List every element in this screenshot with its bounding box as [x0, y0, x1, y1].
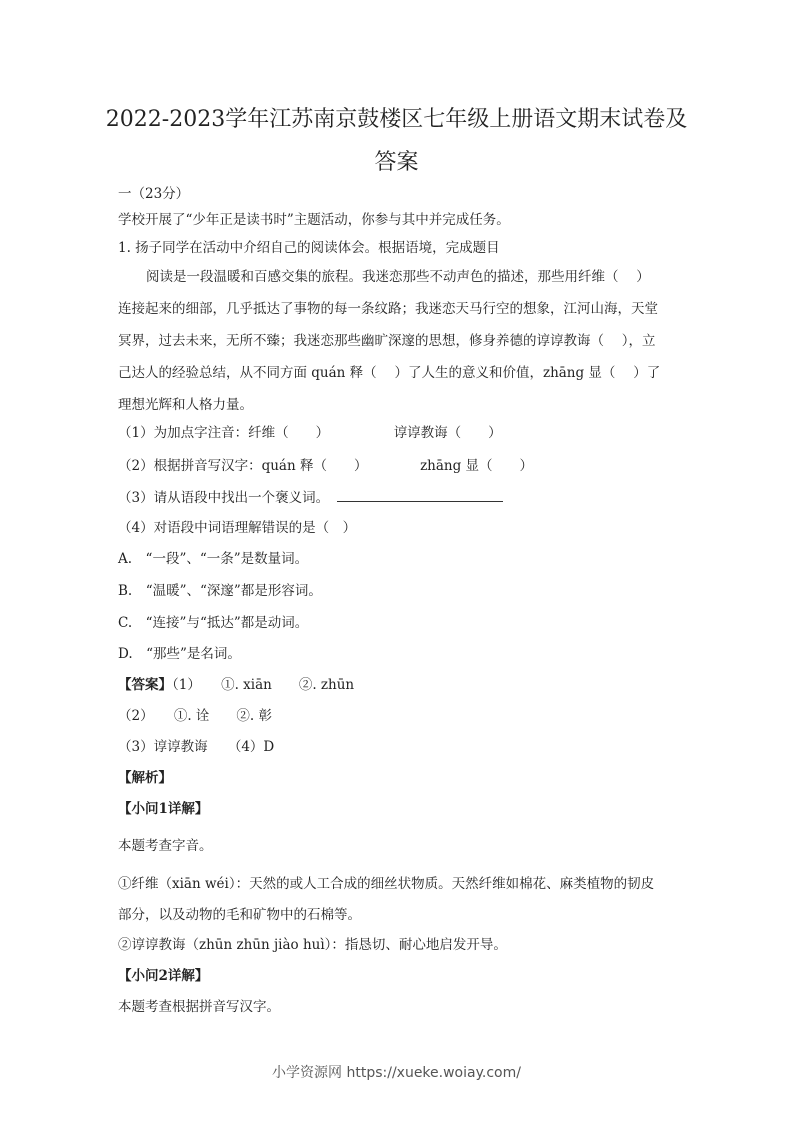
document-title-line-2: 答案: [0, 145, 793, 176]
sub-question-1-label: （1）为加点字注音：纤维（ ）: [118, 425, 329, 441]
passage-line-2: 连接起来的细部，几乎抵达了事物的每一条纹路；我迷恋天马行空的想象，江河山海，天堂: [118, 297, 658, 317]
analysis-sub-1-header: 【小问1详解】: [118, 797, 208, 817]
answer-line-3: （3）谆谆教诲 （4）D: [118, 735, 274, 755]
footer-watermark: 小学资源网 https://xueke.woiay.com/: [0, 1062, 793, 1082]
sub-question-2-extra: zhāng 显（ ）: [420, 458, 533, 474]
option-c: C. “连接”与“抵达”都是动词。: [118, 611, 308, 631]
answer-label: 【答案】: [118, 677, 172, 693]
option-a: A. “一段”、“一条”是数量词。: [118, 547, 308, 567]
analysis-item-1-line-2: 部分，以及动物的毛和矿物中的石棉等。: [118, 903, 361, 923]
section-intro: 学校开展了“少年正是读书时”主题活动，你参与其中并完成任务。: [118, 208, 510, 228]
sub-question-3: （3）请从语段中找出一个褒义词。: [118, 486, 503, 506]
answer-line-2: （2） ①. 诠 ②. 彰: [118, 704, 272, 724]
document-title-line-1: 2022-2023学年江苏南京鼓楼区七年级上册语文期末试卷及: [0, 102, 793, 133]
passage-line-1: 阅读是一段温暖和百感交集的旅程。我迷恋那些不动声色的描述，那些用纤维（ ）: [146, 265, 650, 285]
question-1-prompt: 1. 扬子同学在活动中介绍自己的阅读体会。根据语境，完成题目: [118, 236, 500, 256]
sub-question-4: （4）对语段中词语理解错误的是（ ）: [118, 516, 356, 536]
analysis-sub-2-header: 【小问2详解】: [118, 964, 208, 984]
passage-line-3: 冥界，过去未来，无所不臻；我迷恋那些幽旷深邃的思想，修身养德的谆谆教诲（ ），立: [118, 329, 656, 349]
analysis-header: 【解析】: [118, 766, 172, 786]
sub-question-3-label: （3）请从语段中找出一个褒义词。: [118, 490, 329, 506]
option-b: B. “温暖”、“深邃”都是形容词。: [118, 579, 322, 599]
analysis-item-2: ②谆谆教诲（zhūn zhūn jiào huì）：指恳切、耐心地启发开导。: [118, 933, 507, 953]
sub-question-2-label: （2）根据拼音写汉字：quán 释（ ）: [118, 458, 367, 474]
sub-question-2: （2）根据拼音写汉字：quán 释（ ） zhāng 显（ ）: [118, 454, 533, 474]
analysis-sub-1-text: 本题考查字音。: [118, 834, 213, 854]
passage-line-5: 理想光辉和人格力量。: [118, 393, 253, 413]
document-page: 2022-2023学年江苏南京鼓楼区七年级上册语文期末试卷及 答案 一（23分）…: [0, 0, 793, 1122]
option-d: D. “那些”是名词。: [118, 642, 241, 662]
analysis-sub-2-text: 本题考查根据拼音写汉字。: [118, 995, 280, 1015]
answer-line-1: 【答案】（1） ①. xiān ②. zhūn: [118, 673, 354, 693]
answer-blank-line[interactable]: [337, 489, 503, 502]
section-header: 一（23分）: [118, 182, 189, 202]
sub-question-1: （1）为加点字注音：纤维（ ） 谆谆教诲（ ）: [118, 421, 502, 441]
answer-part-1: （1） ①. xiān ②. zhūn: [172, 677, 354, 693]
sub-question-1-extra: 谆谆教诲（ ）: [394, 425, 502, 441]
analysis-item-1-line-1: ①纤维（xiān wéi）：天然的或人工合成的细丝状物质。天然纤维如棉花、麻类植…: [118, 872, 654, 892]
passage-line-4: 己达人的经验总结，从不同方面 quán 释（ ）了人生的意义和价值，zhāng …: [118, 361, 660, 381]
